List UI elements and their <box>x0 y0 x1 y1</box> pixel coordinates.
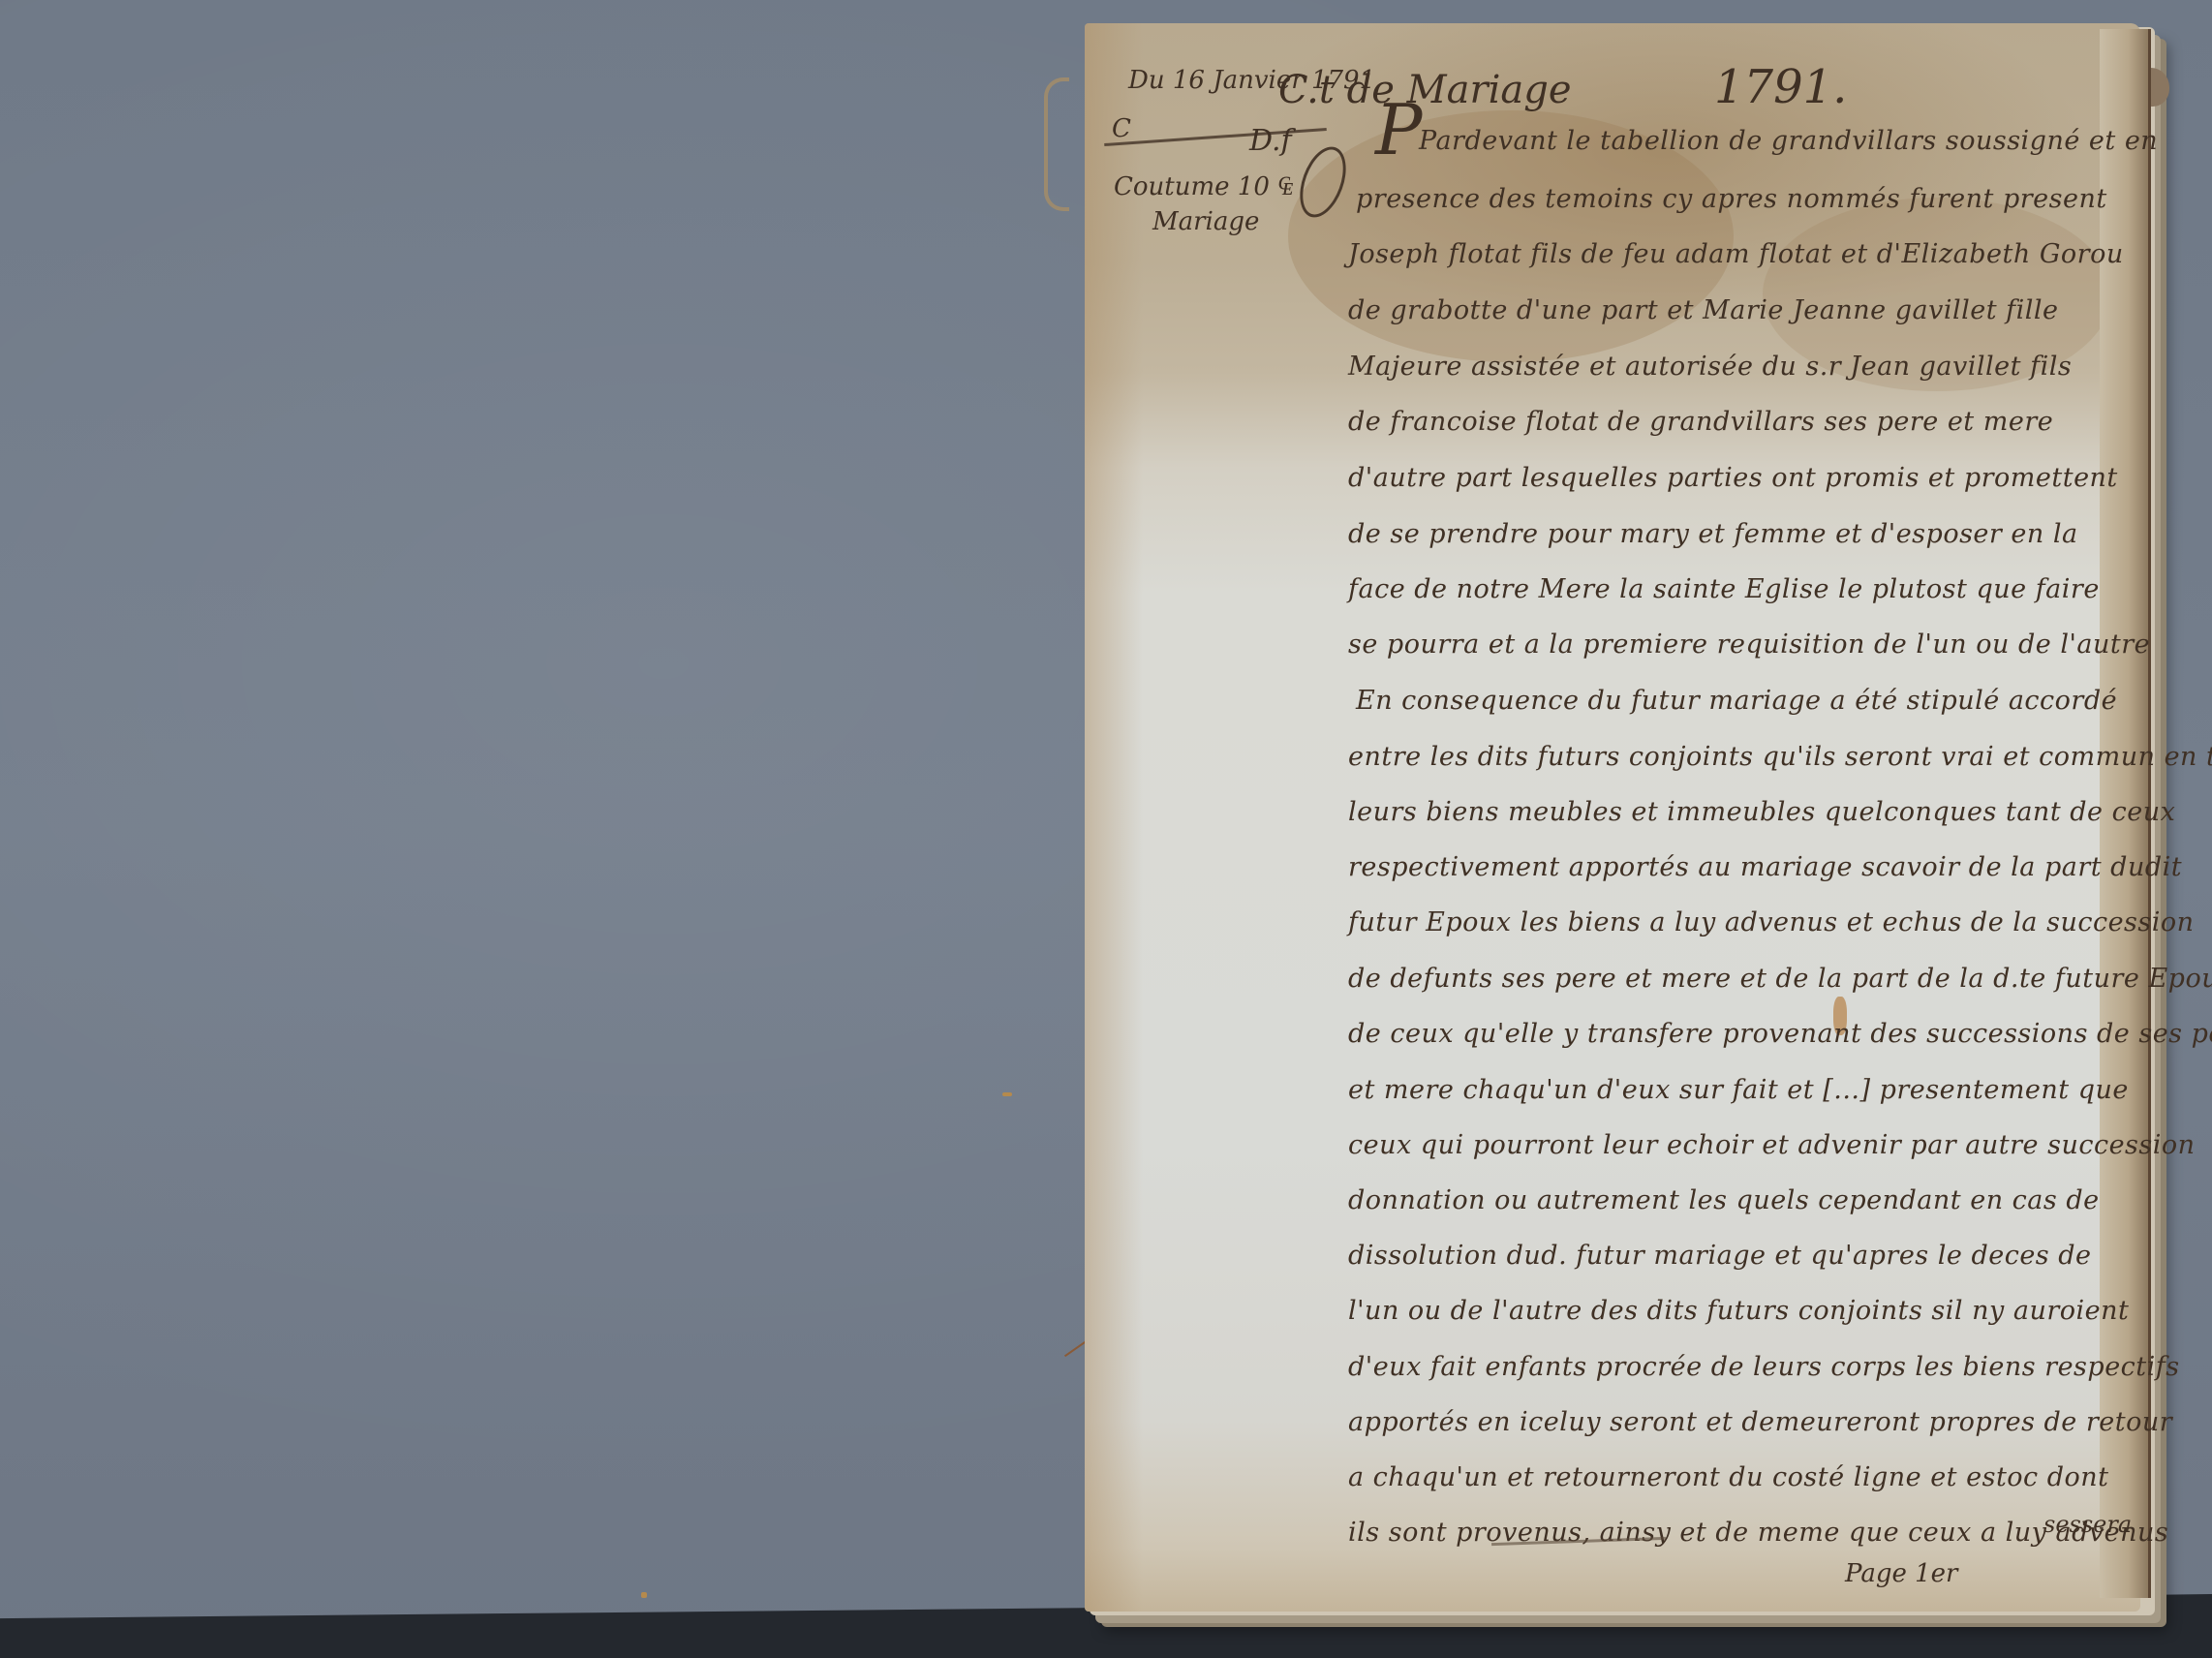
margin-subject: Mariage <box>1152 207 1259 236</box>
margin-mark: C <box>1112 114 1131 143</box>
text-line: de grabotte d'une part et Marie Jeanne g… <box>1348 295 2059 325</box>
text-line: ceux qui pourront leur echoir et advenir… <box>1348 1130 2196 1160</box>
text-line: et mere chaqu'un d'eux sur fait et [...]… <box>1348 1075 2129 1105</box>
debris-fleck <box>641 1592 647 1598</box>
text-line: respectivement apportés au mariage scavo… <box>1348 852 2182 882</box>
text-line: En consequence du futur mariage a été st… <box>1356 686 2117 716</box>
text-line: face de notre Mere la sainte Eglise le p… <box>1348 574 2100 604</box>
text-line: Joseph flotat fils de feu adam flotat et… <box>1348 239 2124 269</box>
document-title: C.t de Mariage <box>1278 68 1572 112</box>
margin-abbrev: D.f <box>1249 124 1292 158</box>
initial-letter: P <box>1375 89 1422 170</box>
catchword: sessera <box>2043 1511 2132 1538</box>
text-line: se pourra et a la premiere requisition d… <box>1348 629 2150 660</box>
document-year: 1791. <box>1714 60 1847 114</box>
text-line: d'eux fait enfants procrée de leurs corp… <box>1348 1352 2180 1382</box>
text-line: leurs biens meubles et immeubles quelcon… <box>1348 797 2175 827</box>
text-line: apportés en iceluy seront et demeureront… <box>1348 1407 2172 1437</box>
text-line: presence des temoins cy apres nommés fur… <box>1356 184 2107 214</box>
text-line: dissolution dud. futur mariage et qu'apr… <box>1348 1241 2092 1271</box>
text-line: de defunts ses pere et mere et de la par… <box>1348 964 2212 994</box>
page-signature: Page 1er <box>1845 1559 1957 1588</box>
binding-string <box>1044 77 1069 211</box>
text-line: entre les dits futurs conjoints qu'ils s… <box>1348 742 2212 772</box>
text-line: de francoise flotat de grandvillars ses … <box>1348 407 2053 437</box>
text-line: l'un ou de l'autre des dits futurs conjo… <box>1348 1296 2129 1326</box>
text-line: Majeure assistée et autorisée du s.r Jea… <box>1348 352 2072 382</box>
text-line: a chaqu'un et retourneront du costé lign… <box>1348 1462 2109 1492</box>
text-line: d'autre part lesquelles parties ont prom… <box>1348 463 2118 493</box>
text-line: donnation ou autrement les quels cependa… <box>1348 1185 2100 1215</box>
text-line: Pardevant le tabellion de grandvillars s… <box>1419 126 2158 156</box>
text-line: de ceux qu'elle y transfere provenant de… <box>1348 1019 2212 1049</box>
text-line: futur Epoux les biens a luy advenus et e… <box>1348 907 2195 937</box>
text-line: de se prendre pour mary et femme et d'es… <box>1348 519 2078 549</box>
debris-fleck <box>1002 1092 1012 1096</box>
margin-custom: Coutume 10 ₠ <box>1114 172 1293 201</box>
